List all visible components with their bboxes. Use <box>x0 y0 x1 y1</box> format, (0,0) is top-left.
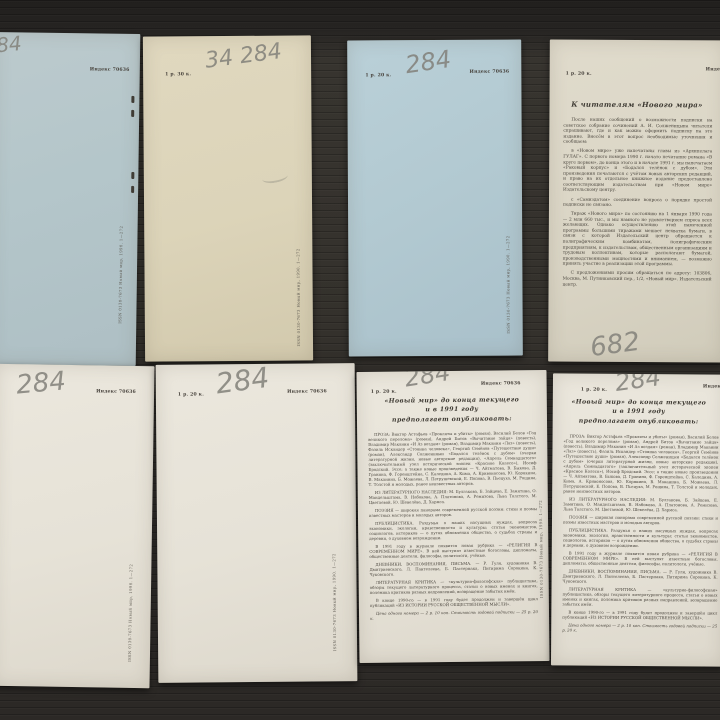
paragraph: ЛИТЕРАТУРНАЯ КРИТИКА — «культурно-филосо… <box>370 578 538 595</box>
paragraph: Тираж «Нового мира» по состоянию на 1 ян… <box>563 212 712 269</box>
index-label: Индекс 70636 <box>481 381 521 386</box>
paragraph: в «Новом мире» уже напечатаны главы из «… <box>563 149 712 194</box>
issn-spine-label: ISSN 0130-7673 Новый мир, 1990. 1—272 <box>538 488 544 598</box>
publication-plan-heading: «Новый мир» до конца текущего и в 1991 г… <box>357 395 547 425</box>
heading-line: предполагает опубликовать: <box>357 414 547 425</box>
subscription-price-note: Цена одного номера — 2 р. 10 коп. Стоимо… <box>562 622 717 633</box>
paragraph: ДНЕВНИКИ, ВОСПОМИНАНИЯ, ПИСЬМА. — Р. Гул… <box>563 568 718 584</box>
handwritten-number: 682 <box>588 327 641 363</box>
index-label: Индекс 70636 <box>703 384 720 389</box>
index-label: Индекс 70636 <box>287 389 327 394</box>
heading-line: предполагает опубликовать: <box>553 416 720 426</box>
issn-spine-label: ISSN 0130-7673 Новый мир, 1990. 1—272 <box>331 551 337 651</box>
issn-spine-label: ISSN 0130-7673 Новый мир, 1990. 1—272 <box>505 246 510 334</box>
magazine-cover-bottom-1: 284 Индекс 70636 ISSN 0130-7673 Новый ми… <box>0 364 155 688</box>
price-label: 1 р. 20 к. <box>566 72 592 77</box>
paragraph: с «Самиздатом» соединение вопроса о поря… <box>563 197 712 209</box>
index-label: Индекс 70636 <box>470 70 510 75</box>
magazine-cover-bottom-4: 284 1 р. 20 к. Индекс 70636 «Новый мир» … <box>551 373 720 666</box>
paragraph: ПРОЗА: Виктор Астафьев «Прокляты и убиты… <box>368 430 537 487</box>
paragraph: В 1991 году в журнале появится новая руб… <box>369 542 537 559</box>
publication-plan-heading: «Новый мир» до конца текущего и в 1991 г… <box>553 397 720 426</box>
paragraph: С предложениями просим обращаться по адр… <box>563 271 712 289</box>
paper-crease <box>156 363 198 415</box>
price-label: 1 р. 20 к. <box>365 73 391 78</box>
wooden-table-background: 84 Индекс 70636 ISSN 0130-7673 Новый мир… <box>0 0 720 720</box>
paragraph: ИЗ ЛИТЕРАТУРНОГО НАСЛЕДИЯ: М. Булгакова,… <box>369 488 537 505</box>
binding-staple-mark <box>131 172 134 179</box>
handwritten-number: 284 <box>404 45 453 79</box>
paragraph: ПУБЛИЦИСТИКА. Раздумья о наших насущных … <box>563 527 718 548</box>
issn-spine-label: ISSN 0130-7673 Новый мир, 1990. 1—272 <box>127 562 134 662</box>
handwritten-number: 284 <box>613 373 662 396</box>
magazine-cover-top-3: 1 р. 20 к. 284 Индекс 70636 ISSN 0130-76… <box>347 40 523 357</box>
publication-plan-text: ПРОЗА: Виктор Астафьев «Прокляты и убиты… <box>562 433 718 636</box>
paragraph: ПОЭЗИЯ — широкая панорама современной ру… <box>369 506 537 518</box>
magazine-cover-bottom-2: 284 1 р. 20 к. Индекс 70636 ISSN 0130-76… <box>156 363 358 683</box>
paragraph: В 1991 году в журнале появится новая руб… <box>563 550 718 566</box>
subscription-price-note: Цена одного номера — 2 р. 10 коп. Стоимо… <box>370 609 538 621</box>
index-label: Индекс 70636 <box>96 389 136 395</box>
price-label: 1 р. 30 к. <box>165 72 191 77</box>
faint-pencil-mark <box>261 169 289 185</box>
readers-address-text: После наших сообщений о возможности подп… <box>563 118 713 292</box>
price-label: 1 р. 20 к. <box>581 388 607 393</box>
publication-plan-text: ПРОЗА: Виктор Астафьев «Прокляты и убиты… <box>368 430 538 624</box>
paragraph: ПОЭЗИЯ — широкая панорама современной ру… <box>563 514 718 525</box>
index-label: Индекс 70636 <box>90 67 130 73</box>
handwritten-number: 284 <box>403 370 452 393</box>
price-label: 1 р. 20 к. <box>371 390 397 395</box>
issn-spine-label: ISSN 0130-7673 Новый мир, 1990. 1—272 <box>295 254 301 346</box>
magazine-cover-top-4: 1 р. 20 к. Индекс 70636 К читателям «Нов… <box>548 40 720 363</box>
issn-spine-label: ISSN 0130-7673 Новый мир, 1990. 1—272 <box>117 232 123 324</box>
price-label: 1 р. 20 к. <box>178 392 204 397</box>
paragraph: ИЗ ЛИТЕРАТУРНОГО НАСЛЕДИЯ: М. Булгакова,… <box>563 496 718 512</box>
magazine-cover-bottom-3: 284 1 р. 20 к. Индекс 70636 «Новый мир» … <box>356 370 549 663</box>
paragraph: В конце 1990-го — в 1991 году будет прод… <box>370 596 538 608</box>
binding-staple-mark <box>131 96 134 103</box>
handwritten-number: 84 <box>0 32 23 57</box>
readers-address-title: К читателям «Нового мира» <box>549 100 720 110</box>
magazine-cover-top-2: 1 р. 30 к. 34 284 ISSN 0130-7673 Новый м… <box>143 35 313 361</box>
index-label: Индекс 70636 <box>706 67 720 72</box>
paragraph: ПРОЗА: Виктор Астафьев «Прокляты и убиты… <box>563 433 718 494</box>
handwritten-number: 284 <box>15 366 67 400</box>
binding-staple-mark <box>131 186 134 193</box>
handwritten-number: 284 <box>214 363 271 400</box>
paragraph: ЛИТЕРАТУРНАЯ КРИТИКА — «культурно-филосо… <box>562 586 717 607</box>
handwritten-number: 34 284 <box>204 39 284 74</box>
paragraph: ДНЕВНИКИ, ВОСПОМИНАНИЯ, ПИСЬМА. — Р. Гул… <box>369 560 537 577</box>
binding-staple-mark <box>131 110 134 117</box>
paragraph: ПУБЛИЦИСТИКА. Раздумья о наших насущных … <box>369 519 537 541</box>
magazine-cover-top-1: 84 Индекс 70636 ISSN 0130-7673 Новый мир… <box>0 32 140 366</box>
paragraph: После наших сообщений о возможности подп… <box>563 118 712 147</box>
paragraph: В конце 1990-го — в 1991 году будет прод… <box>562 609 717 620</box>
